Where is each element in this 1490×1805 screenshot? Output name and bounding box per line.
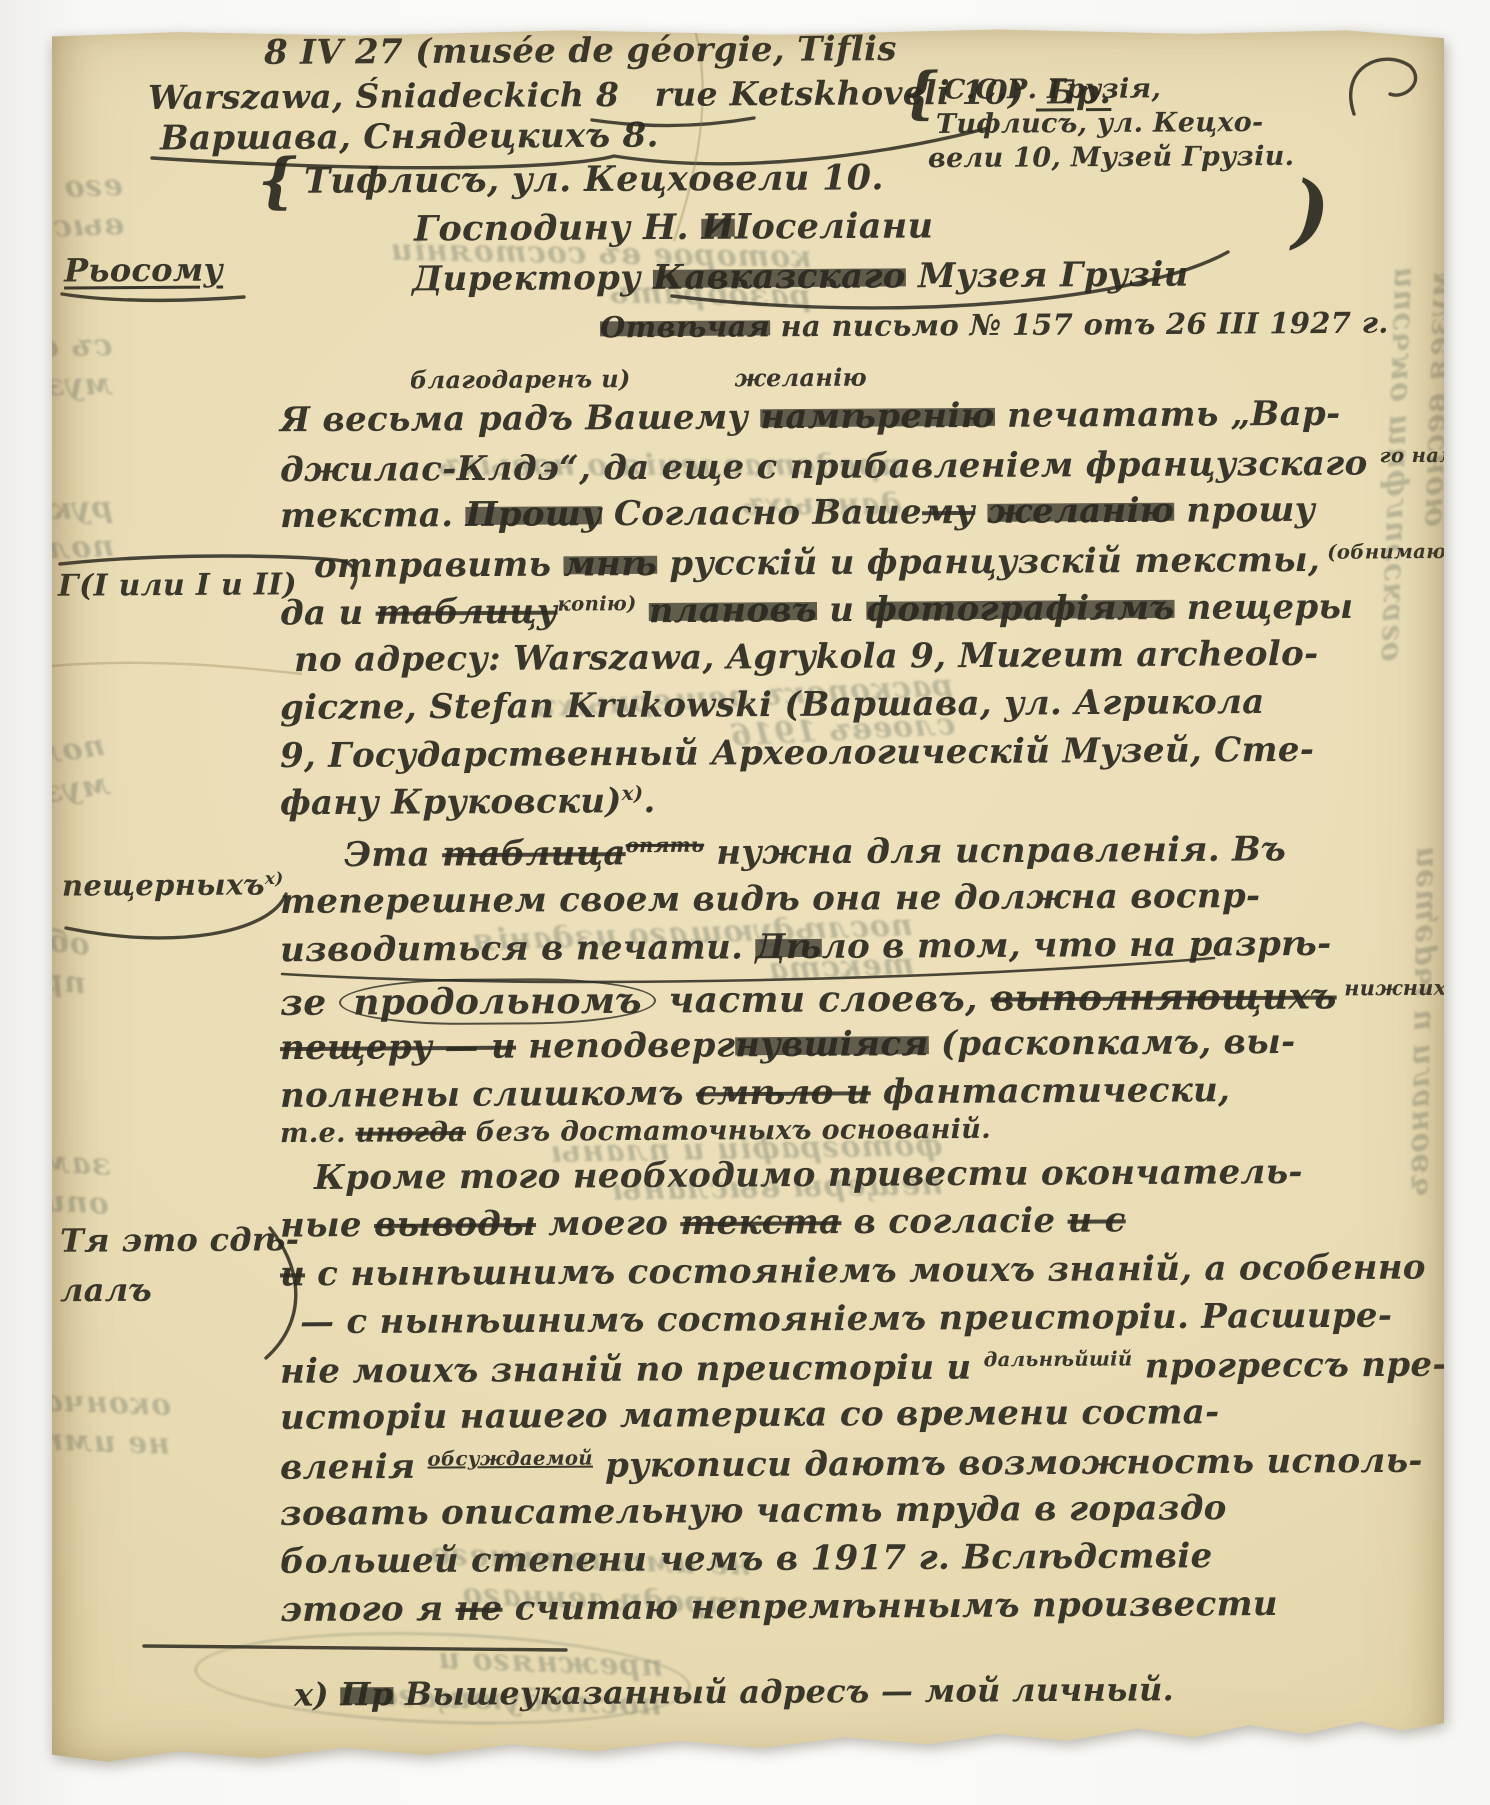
- ink-segment: Вышеуказанный адресъ — мой личный.: [393, 1670, 1174, 1713]
- ink-segment: мнѣ: [563, 544, 657, 585]
- ink-segment: моего: [536, 1203, 680, 1244]
- ink-segment: 8 IV 27 (musée de géorgie, Tiflis: [264, 29, 897, 73]
- ink-segment: смѣло и: [696, 1072, 871, 1113]
- scan-page: { "document": { "ink_color": "#2b2920", …: [0, 0, 1490, 1805]
- bleed-through-text: замѣчанія къ описательной части: [0, 1121, 112, 1224]
- ink-segment: Рьосому: [64, 251, 223, 290]
- ink-segment: х): [622, 781, 644, 805]
- ink-segment: полнены слишкомъ: [280, 1073, 696, 1116]
- ink-segment: и с: [1067, 1200, 1125, 1240]
- handwritten-line: этого я не считаю непремѣннымъ произвест…: [280, 1587, 1278, 1629]
- handwritten-line: т.е. иногда безъ достаточныхъ основаній.: [280, 1116, 991, 1149]
- ink-segment: благодаренъ и): [410, 364, 631, 394]
- ink-segment: Тифлисъ, ул. Кецховели 10.: [304, 157, 884, 202]
- ink-segment: х): [265, 868, 284, 888]
- ink-segment: (раскопкамъ, вы-: [929, 1022, 1296, 1064]
- ink-segment: опять: [626, 833, 705, 857]
- ink-segment: желанію: [630, 363, 867, 393]
- handwritten-line: текста. Прошу Согласно Вашему желанію пр…: [280, 493, 1316, 535]
- ink-segment: .: [643, 781, 655, 821]
- handwritten-line: — с нынѣшнимъ состояніемъ преисторіи. Ра…: [300, 1299, 1392, 1341]
- ink-segment: нувшіяся: [735, 1024, 929, 1065]
- ink-segment: Дѣ: [755, 927, 822, 967]
- ink-segment: прошу: [1174, 490, 1315, 531]
- ink-segment: Отвѣчая: [600, 309, 770, 344]
- handwritten-line: ніе моихъ знаній по преисторіи и дальнѣй…: [280, 1346, 1447, 1390]
- ink-segment: Я весьма радъ Вашему: [280, 397, 761, 440]
- ink-segment: Господину Н.: [414, 207, 702, 250]
- ink-segment: желанію: [987, 491, 1174, 532]
- ink-segment: выводы: [374, 1204, 536, 1245]
- ink-segment: выполняющихъ: [991, 975, 1337, 1019]
- ink-segment: {: [902, 60, 939, 126]
- ink-segment: Пр: [340, 1675, 393, 1713]
- handwritten-line: пещеру — и неподвергнувшіяся (раскопкамъ…: [280, 1025, 1296, 1067]
- handwritten-line: пещерныхъх): [62, 869, 284, 901]
- ink-segment: [975, 492, 987, 532]
- handwritten-line: теперешнем своем видѣ она не должна восп…: [280, 879, 1261, 921]
- ink-segment: Музея Грузіи: [906, 255, 1189, 297]
- ink-segment: на письмо № 157 отъ 26 III 1927 г.: [770, 306, 1389, 344]
- handwritten-line: большей степени чемъ в 1917 г. Вслѣдстві…: [280, 1539, 1213, 1580]
- bleed-through-text: его письма новаго высылаю: [0, 166, 125, 259]
- handwritten-line: зе продольномъ части слоевъ, выполняющих…: [280, 976, 1490, 1023]
- handwritten-line: благодаренъ и) желанію: [410, 365, 867, 393]
- ink-segment: — с нынѣшнимъ состояніемъ преисторіи. Ра…: [300, 1296, 1392, 1343]
- ink-segment: пещерныхъ: [62, 867, 265, 902]
- ink-segment: русскій и французскій тексты,: [657, 540, 1320, 584]
- ink-segment: не: [455, 1589, 502, 1629]
- handwritten-line: да и таблицукопію) плановъ и фотографіям…: [280, 589, 1354, 632]
- ink-segment: по адресу: Warszawa, Agrykola 9, Muzeum …: [294, 634, 1319, 680]
- ink-segment: зе: [280, 981, 340, 1023]
- handwritten-line: Отвѣчая на письмо № 157 отъ 26 III 1927 …: [600, 308, 1389, 343]
- handwritten-line: Господину Н. ИІоселіани: [414, 208, 934, 248]
- ink-segment: фантастически,: [871, 1070, 1231, 1112]
- ink-segment: исторіи нашего материка со времени соста…: [280, 1392, 1220, 1438]
- handwritten-line: фану Круковски)х).: [280, 783, 656, 822]
- ink-segment: ): [1292, 163, 1331, 257]
- handwritten-line: зовать описательную часть труда в горазд…: [280, 1491, 1227, 1532]
- ink-segment: обсуждаемой: [427, 1446, 593, 1471]
- bleed-through-text: пещеры и плановъ разреза слоя: [1396, 846, 1481, 1277]
- handwritten-line: изводиться в печати. Дѣло в том, что на …: [280, 927, 1332, 969]
- ink-segment: безъ достаточныхъ основаній.: [466, 1114, 991, 1148]
- ink-segment: нижнихъ) линіи,: [1337, 974, 1490, 1000]
- ink-segment: Тя это сдѣ-: [60, 1220, 300, 1259]
- ink-segment: намѣренію: [760, 396, 995, 437]
- ink-segment: текста: [680, 1202, 841, 1243]
- ink-segment: дальнѣйшій: [984, 1346, 1133, 1371]
- ink-segment: изводиться в печати.: [280, 927, 756, 970]
- ink-segment: считаю непремѣннымъ произвести: [502, 1584, 1278, 1629]
- handwritten-line: {: [902, 64, 939, 123]
- ink-segment: копію): [557, 591, 636, 615]
- letter-paper-wrap: его письма новаго высылаюсъ отчетомъ пре…: [52, 26, 1444, 1774]
- ink-segment: С.С.Р. Грузія,: [944, 73, 1161, 105]
- ink-segment: Прошу: [465, 494, 602, 535]
- ink-segment: да и: [280, 593, 376, 634]
- ink-segment: и: [280, 1254, 305, 1294]
- ink-segment: фану Круковски): [280, 781, 622, 823]
- bleed-through-text: помѣщенія музейнаго отдѣла: [0, 726, 113, 862]
- handwritten-line: Тя это сдѣ-: [60, 1223, 300, 1258]
- ink-segment: печатать „Вар-: [995, 394, 1341, 436]
- handwritten-line: ): [1292, 168, 1331, 252]
- handwritten-line: Я весьма радъ Вашему намѣренію печатать …: [280, 397, 1341, 439]
- handwritten-line: лалъ: [60, 1274, 152, 1308]
- letter-paper: его письма новаго высылаюсъ отчетомъ пре…: [52, 26, 1444, 1774]
- ink-segment: Г(І или І и ІІ): [58, 567, 297, 603]
- ink-segment: неподверг: [516, 1025, 735, 1066]
- ink-segment: му: [922, 492, 976, 532]
- handwritten-line: и с нынѣшнимъ состояніемъ моихъ знаній, …: [280, 1251, 1426, 1294]
- handwritten-line: 8 IV 27 (musée de géorgie, Tiflis: [264, 32, 897, 72]
- ink-segment: таблицу: [375, 592, 557, 633]
- ink-segment: части слоевъ,: [656, 977, 991, 1021]
- ink-segment: Кроме того необходимо привести окончател…: [314, 1152, 1303, 1198]
- ink-segment: Варшава, Снядецкихъ 8.: [160, 115, 659, 158]
- ink-stroke: [1351, 59, 1416, 114]
- ink-segment: х): [294, 1675, 340, 1713]
- ink-segment: рукописи даютъ возможность исполь-: [593, 1441, 1423, 1486]
- handwritten-line: отправить мнѣ русскій и французскій текс…: [314, 540, 1490, 585]
- ink-segment: в согласіе: [841, 1201, 1067, 1242]
- ink-segment: Эта: [344, 834, 442, 875]
- ink-segment: нужна для исправленія. Въ: [704, 829, 1286, 873]
- bleed-through-text: окончательной редакціи не имѣло: [0, 1368, 172, 1464]
- handwritten-line: Эта таблицаопять нужна для исправленія. …: [344, 831, 1286, 874]
- handwritten-line: Тифлисъ, ул. Кецхо-: [936, 109, 1264, 139]
- ink-segment: 9, Государственный Археологическій Музей…: [280, 730, 1314, 776]
- handwritten-line: Варшава, Снядецкихъ 8.: [160, 118, 659, 157]
- handwritten-line: х) Пр Вышеуказанный адресъ — мой личный.: [294, 1673, 1174, 1712]
- handwritten-line: вели 10, Музей Грузіи.: [928, 143, 1295, 174]
- handwritten-line: giczne, Stefan Krukowski (Варшава, ул. А…: [280, 685, 1265, 727]
- ink-segment: ло в том, что на разрѣ-: [822, 924, 1332, 967]
- handwritten-line: Тифлисъ, ул. Кецховели 10.: [304, 160, 884, 200]
- ink-segment: текста.: [280, 495, 466, 536]
- ink-segment: Согласно Ваше: [602, 492, 922, 534]
- handwritten-line: джилас-Клдэ“, да еще с прибавленіем фран…: [280, 444, 1490, 489]
- ink-segment: Іоселіани: [735, 205, 934, 247]
- paper-crease: [52, 663, 302, 674]
- ink-segment: Кавказскаго: [653, 256, 906, 298]
- ink-segment: и: [817, 590, 867, 630]
- ink-segment: [637, 591, 649, 631]
- ink-segment: джилас-Клдэ“, да еще с прибавленіем фран…: [280, 443, 1380, 490]
- handwritten-line: по адресу: Warszawa, Agrykola 9, Muzeum …: [294, 637, 1319, 679]
- handwritten-line: Директору Кавказскаго Музея Грузіи: [412, 258, 1189, 298]
- handwritten-line: Рьосому: [64, 254, 223, 289]
- handwritten-line: Г(І или І и ІІ): [58, 569, 297, 602]
- ink-segment: т.е.: [280, 1118, 356, 1149]
- ink-segment: лалъ: [60, 1271, 152, 1310]
- ink-segment: большей степени чемъ в 1917 г. Вслѣдстві…: [280, 1536, 1213, 1582]
- handwritten-line: полнены слишкомъ смѣло и фантастически,: [280, 1073, 1230, 1114]
- handwritten-line: Кроме того необходимо привести окончател…: [314, 1155, 1303, 1197]
- ink-segment: {: [258, 146, 297, 216]
- ink-segment: И: [701, 207, 735, 248]
- ink-segment: пещеру — и: [280, 1027, 516, 1068]
- ink-segment: вели 10, Музей Грузіи.: [928, 141, 1295, 174]
- ink-segment: иногда: [355, 1117, 466, 1149]
- ink-segment: отправить: [314, 545, 564, 587]
- ink-segment: этого я: [280, 1589, 456, 1630]
- ink-segment: giczne, Stefan Krukowski (Варшава, ул. А…: [280, 682, 1265, 728]
- ink-segment: Тифлисъ, ул. Кецхо-: [936, 107, 1264, 140]
- ink-segment: го намѣренія: [1380, 442, 1490, 467]
- ink-segment: плановъ: [649, 590, 817, 631]
- ink-segment: фотографіямъ: [866, 588, 1174, 630]
- handwritten-line: 9, Государственный Археологическій Музей…: [280, 733, 1314, 775]
- bleed-through-text: съ отчетомъ прежняго музея работъ: [0, 326, 113, 413]
- handwritten-line: ные выводы моего текста в согласіе и с: [280, 1203, 1126, 1244]
- ink-stroke: [62, 294, 244, 300]
- ink-segment: пещеры: [1174, 587, 1353, 628]
- ink-segment: ніе моихъ знаній по преисторіи и: [280, 1347, 984, 1391]
- ink-segment: продольномъ: [339, 978, 656, 1026]
- ink-segment: вленія: [280, 1447, 428, 1488]
- handwritten-line: вленія обсуждаемой рукописи даютъ возмож…: [280, 1443, 1423, 1487]
- ink-segment: с нынѣшнимъ состояніемъ моихъ знаній, а …: [305, 1248, 1426, 1295]
- handwritten-line: С.С.Р. Грузія,: [944, 75, 1161, 105]
- ink-segment: Директору: [412, 258, 653, 299]
- ink-segment: таблица: [442, 833, 626, 874]
- ink-segment: зовать описательную часть труда в горазд…: [280, 1488, 1227, 1534]
- handwritten-line: {: [258, 150, 297, 213]
- handwritten-line: исторіи нашего материка со времени соста…: [280, 1395, 1220, 1436]
- ink-segment: прогрессъ пре-: [1132, 1345, 1446, 1387]
- ink-segment: Warszawa, Śniadeckich 8: [148, 75, 619, 117]
- ink-segment: теперешнем своем видѣ она не должна восп…: [280, 876, 1261, 922]
- ink-segment: (обнимающую рамку): [1320, 538, 1490, 564]
